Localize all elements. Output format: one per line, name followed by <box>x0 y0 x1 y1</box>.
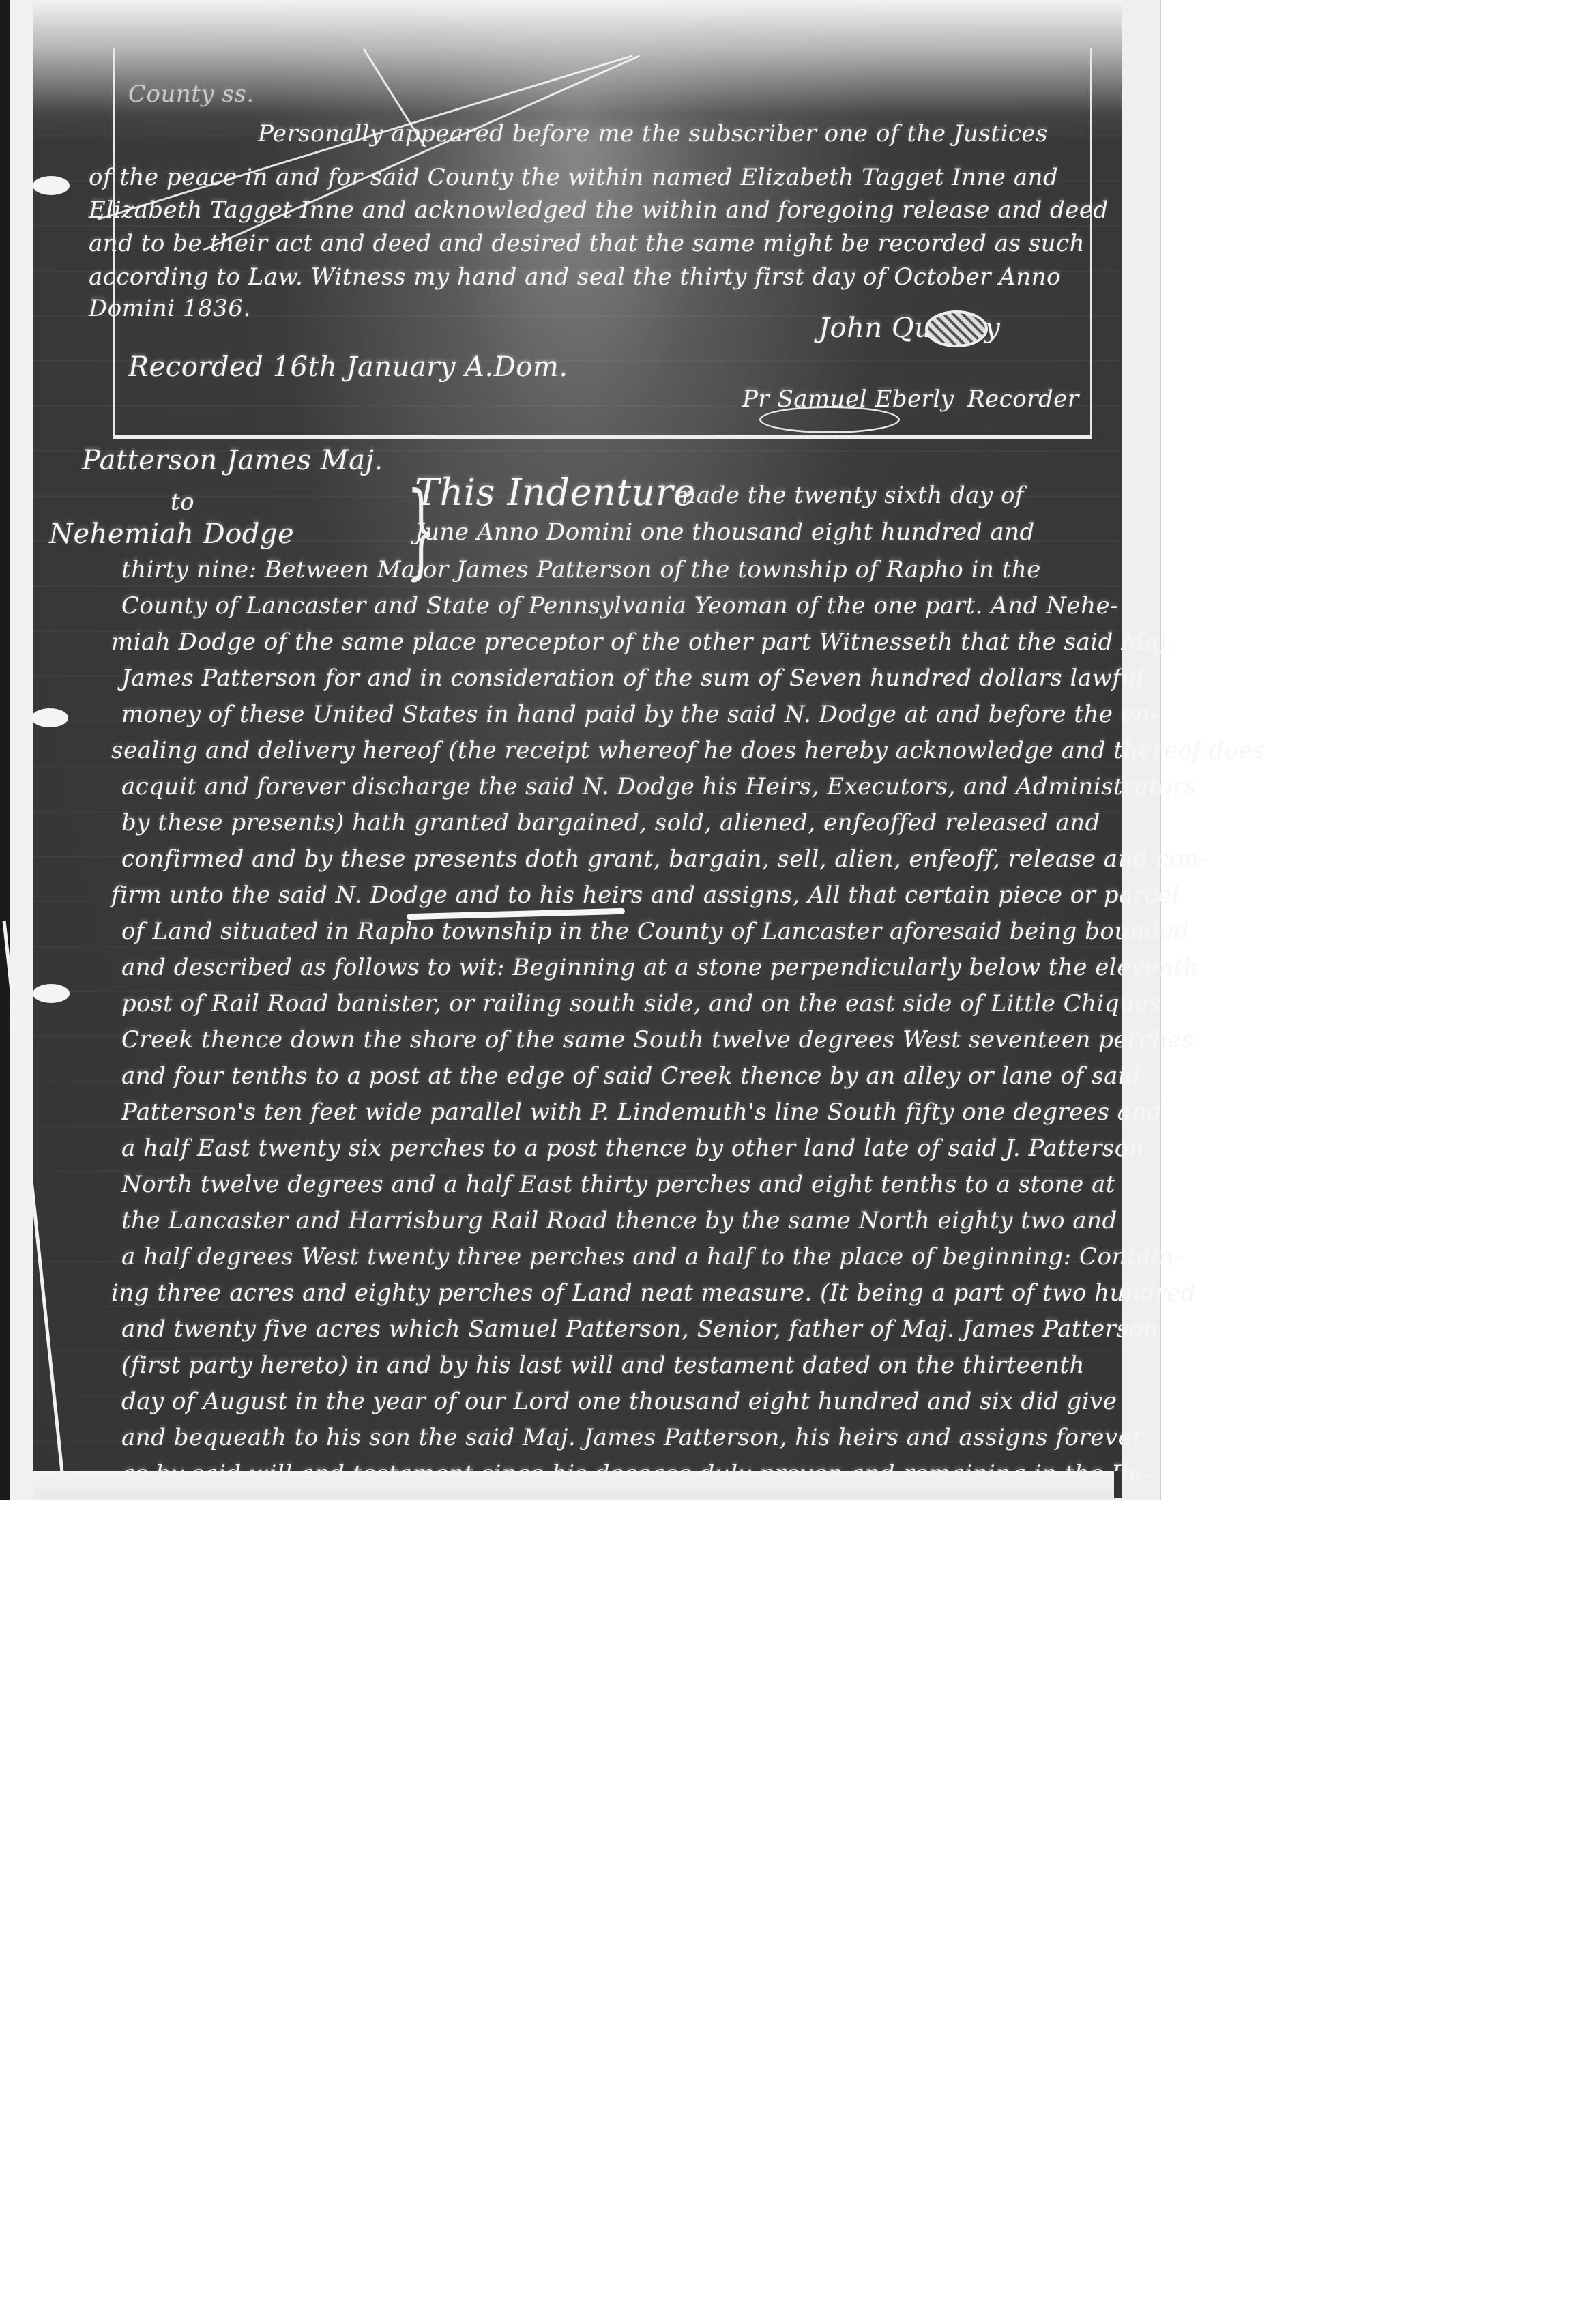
indenture-line: thirty nine: Between Major James Patters… <box>121 556 1041 583</box>
indenture-line: money of these United States in hand pai… <box>121 701 1158 728</box>
party-connector: to <box>171 489 194 516</box>
indenture-line: a half degrees West twenty three perches… <box>121 1243 1182 1270</box>
indenture-line: and bequeath to his son the said Maj. Ja… <box>121 1424 1143 1451</box>
indenture-line: confirmed and by these presents doth gra… <box>121 845 1207 873</box>
indenture-line: of Land situated in Rapho township in th… <box>121 918 1189 945</box>
photostat-document: County ss. Personally appeared before me… <box>33 0 1122 1471</box>
page-bottom-margin <box>33 1471 1122 1498</box>
indenture-line: made the twenty sixth day of <box>674 482 1024 509</box>
indenture-line: firm unto the said N. Dodge and to his h… <box>111 882 1180 909</box>
punch-hole <box>33 176 70 195</box>
left-margin-strip <box>10 0 34 1500</box>
indenture-line: (first party hereto) in and by his last … <box>121 1352 1085 1379</box>
indenture-line: ing three acres and eighty perches of La… <box>111 1279 1196 1307</box>
indenture-line: and four tenths to a post at the edge of… <box>121 1062 1141 1090</box>
indenture-line: June Anno Domini one thousand eight hund… <box>415 519 1035 546</box>
certificate-line: of the peace in and for said County the … <box>89 164 1058 191</box>
punch-hole <box>33 984 70 1003</box>
certificate-line: and to be their act and deed and desired… <box>89 230 1085 257</box>
certificate-line: according to Law. Witness my hand and se… <box>89 263 1061 291</box>
indenture-line: miah Dodge of the same place preceptor o… <box>111 628 1175 656</box>
indenture-line: post of Rail Road banister, or railing s… <box>121 990 1161 1017</box>
certificate-line: Domini 1836. <box>89 295 251 322</box>
recorded-date: Recorded 16th January A.Dom. <box>128 351 568 383</box>
certificate-heading: County ss. <box>128 81 254 108</box>
signature-flourish <box>759 406 900 433</box>
indenture-line: day of August in the year of our Lord on… <box>121 1388 1117 1415</box>
seal-icon <box>925 310 988 347</box>
indenture-title: This Indenture <box>415 471 696 514</box>
certificate-line: Elizabeth Tagget Inne and acknowledged t… <box>89 197 1109 224</box>
recorder-title: Recorder <box>967 386 1079 413</box>
indenture-line: County of Lancaster and State of Pennsyl… <box>121 592 1118 620</box>
indenture-line: sealing and delivery hereof (the receipt… <box>111 737 1265 764</box>
indenture-line: North twelve degrees and a half East thi… <box>121 1171 1115 1198</box>
grantor-name: Patterson James Maj. <box>82 445 383 476</box>
indenture-line: and described as follows to wit: Beginni… <box>121 954 1199 981</box>
indenture-line: Creek thence down the shore of the same … <box>121 1026 1194 1054</box>
grantee-name: Nehemiah Dodge <box>49 519 294 550</box>
certificate-line: Personally appeared before me the subscr… <box>258 120 1048 147</box>
indenture-line: the Lancaster and Harrisburg Rail Road t… <box>121 1207 1117 1234</box>
indenture-line: by these presents) hath granted bargaine… <box>121 809 1100 837</box>
indenture-line: Patterson's ten feet wide parallel with … <box>121 1099 1162 1126</box>
punch-hole <box>31 708 68 727</box>
indenture-line: acquit and forever discharge the said N.… <box>121 773 1197 800</box>
indenture-line: and twenty five acres which Samuel Patte… <box>121 1316 1158 1343</box>
indenture-line: a half East twenty six perches to a post… <box>121 1135 1144 1162</box>
indenture-line: James Patterson for and in consideration… <box>121 665 1144 692</box>
binding-edge <box>0 0 10 1500</box>
